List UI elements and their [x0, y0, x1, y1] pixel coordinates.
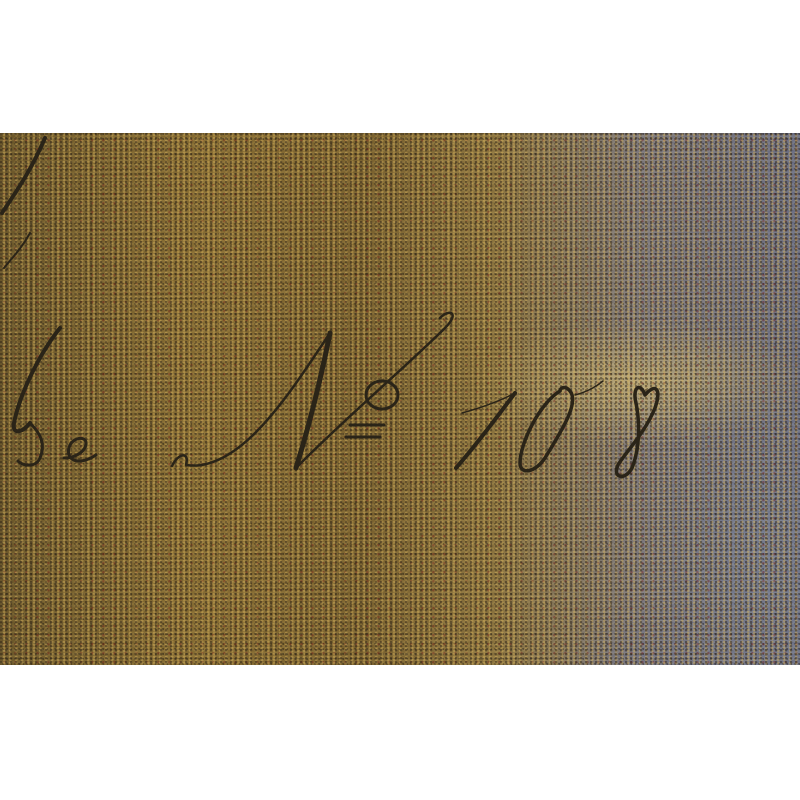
brass-plate-photo: lse № 108 — [0, 133, 800, 665]
engraved-script — [0, 133, 800, 665]
